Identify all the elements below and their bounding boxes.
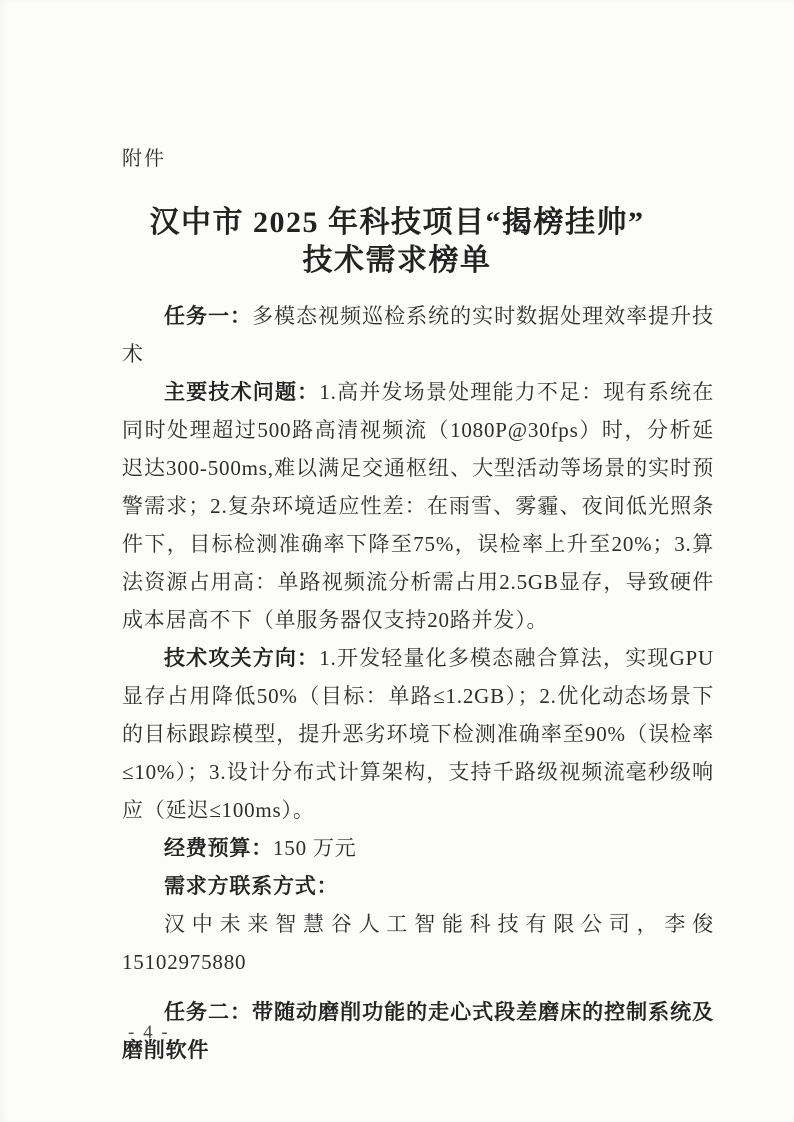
attachment-label: 附件 xyxy=(122,142,166,171)
task1-contact-value: 汉中未来智慧谷人工智能科技有限公司，李俊 15102975880 xyxy=(122,912,714,974)
task2-heading: 任务二：带随动磨削功能的走心式段差磨床的控制系统及磨削软件 xyxy=(122,993,714,1069)
task1-problems-paragraph: 主要技术问题：1.高并发场景处理能力不足：现有系统在同时处理超过500路高清视频… xyxy=(122,373,714,639)
document-title: 汉中市 2025 年科技项目“揭榜挂帅” 技术需求榜单 xyxy=(0,204,794,280)
task1-direction-paragraph: 技术攻关方向：1.开发轻量化多模态融合算法，实现GPU显存占用降低50%（目标：… xyxy=(122,639,714,829)
task1-problems-label: 主要技术问题： xyxy=(164,380,319,404)
task1-contact-line: 汉中未来智慧谷人工智能科技有限公司，李俊 15102975880 xyxy=(122,905,714,981)
scanned-document-page: 附件 汉中市 2025 年科技项目“揭榜挂帅” 技术需求榜单 任务一：多模态视频… xyxy=(0,0,794,1122)
task1-budget-label: 经费预算： xyxy=(164,836,273,860)
task1-direction-text: 1.开发轻量化多模态融合算法，实现GPU显存占用降低50%（目标：单路≤1.2G… xyxy=(122,646,714,822)
document-title-line2: 技术需求榜单 xyxy=(0,242,794,280)
document-title-line1: 汉中市 2025 年科技项目“揭榜挂帅” xyxy=(0,204,794,242)
task1-heading: 任务一：多模态视频巡检系统的实时数据处理效率提升技术 xyxy=(122,297,714,373)
task1-label: 任务一： xyxy=(164,304,252,328)
task1-contact-heading: 需求方联系方式： xyxy=(122,867,714,905)
task1-contact-label: 需求方联系方式： xyxy=(164,874,338,898)
task1-budget-value: 150 万元 xyxy=(273,836,357,860)
task1-direction-label: 技术攻关方向： xyxy=(164,646,319,670)
task1-budget-line: 经费预算：150 万元 xyxy=(122,829,714,867)
page-number: - 4 - xyxy=(128,1022,170,1044)
document-body: 任务一：多模态视频巡检系统的实时数据处理效率提升技术 主要技术问题：1.高并发场… xyxy=(122,297,714,1069)
task2-label: 任务二： xyxy=(164,1000,252,1024)
task1-problems-text: 1.高并发场景处理能力不足：现有系统在同时处理超过500路高清视频流（1080P… xyxy=(122,380,714,632)
